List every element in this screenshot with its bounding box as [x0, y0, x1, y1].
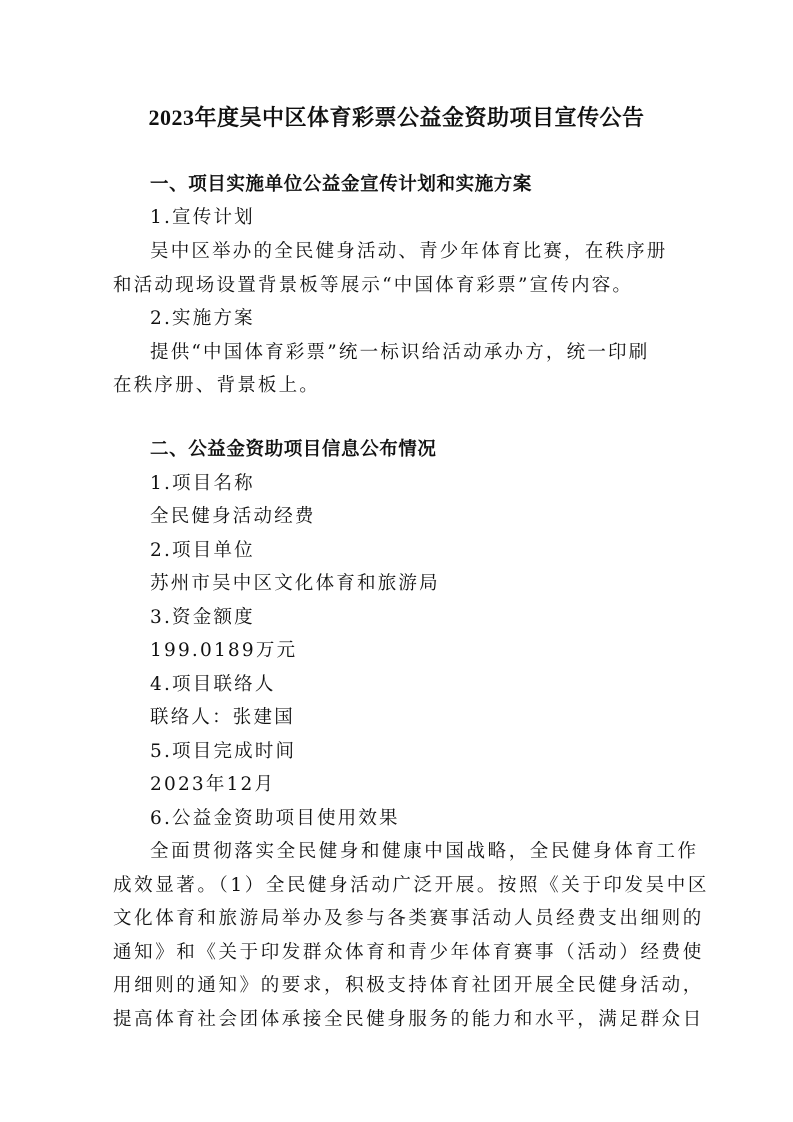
section1-item1-text-line1: 吴中区举办的全民健身活动、青少年体育比赛，在秩序册 — [150, 240, 720, 264]
section1-item1-label: 1.宣传计划 — [150, 206, 720, 230]
effect-label: 6.公益金资助项目使用效果 — [150, 807, 720, 831]
project-name-value: 全民健身活动经费 — [150, 505, 720, 529]
section1-item2-label: 2.实施方案 — [150, 307, 720, 331]
section2-heading: 二、公益金资助项目信息公布情况 — [150, 438, 720, 462]
completion-time: 2023年12月 — [150, 773, 720, 797]
section1-item2-text-line1: 提供“中国体育彩票”统一标识给活动承办方，统一印刷 — [150, 341, 720, 365]
effect-paragraph-line: 用细则的通知》的要求，积极支持体育社团开展全民健身活动， — [113, 974, 683, 998]
contact-label: 4.项目联络人 — [150, 673, 720, 697]
section1-item1-text-line2: 和活动现场设置背景板等展示“中国体育彩票”宣传内容。 — [113, 274, 683, 298]
section1-item2-text-line2: 在秩序册、背景板上。 — [113, 374, 683, 398]
project-unit-value: 苏州市吴中区文化体育和旅游局 — [150, 572, 720, 596]
document-title: 2023年度吴中区体育彩票公益金资助项目宣传公告 — [0, 101, 793, 132]
completion-label: 5.项目完成时间 — [150, 740, 720, 764]
effect-paragraph-line: 提高体育社会团体承接全民健身服务的能力和水平，满足群众日 — [113, 1008, 683, 1032]
project-name-label: 1.项目名称 — [150, 472, 720, 496]
effect-paragraph-line: 文化体育和旅游局举办及参与各类赛事活动人员经费支出细则的 — [113, 907, 683, 931]
contact-value: 联络人：张建国 — [150, 706, 720, 730]
effect-paragraph-line: 全面贯彻落实全民健身和健康中国战略，全民健身体育工作 — [150, 840, 720, 864]
project-unit-label: 2.项目单位 — [150, 539, 720, 563]
document-page: 2023年度吴中区体育彩票公益金资助项目宣传公告 一、项目实施单位公益金宣传计划… — [0, 0, 793, 1122]
funding-amount: 199.0189万元 — [150, 639, 720, 663]
section1-heading: 一、项目实施单位公益金宣传计划和实施方案 — [150, 173, 720, 197]
effect-paragraph-line: 成效显著。（1）全民健身活动广泛开展。按照《关于印发吴中区 — [113, 874, 683, 898]
funding-label: 3.资金额度 — [150, 606, 720, 630]
effect-paragraph-line: 通知》和《关于印发群众体育和青少年体育赛事（活动）经费使 — [113, 941, 683, 965]
